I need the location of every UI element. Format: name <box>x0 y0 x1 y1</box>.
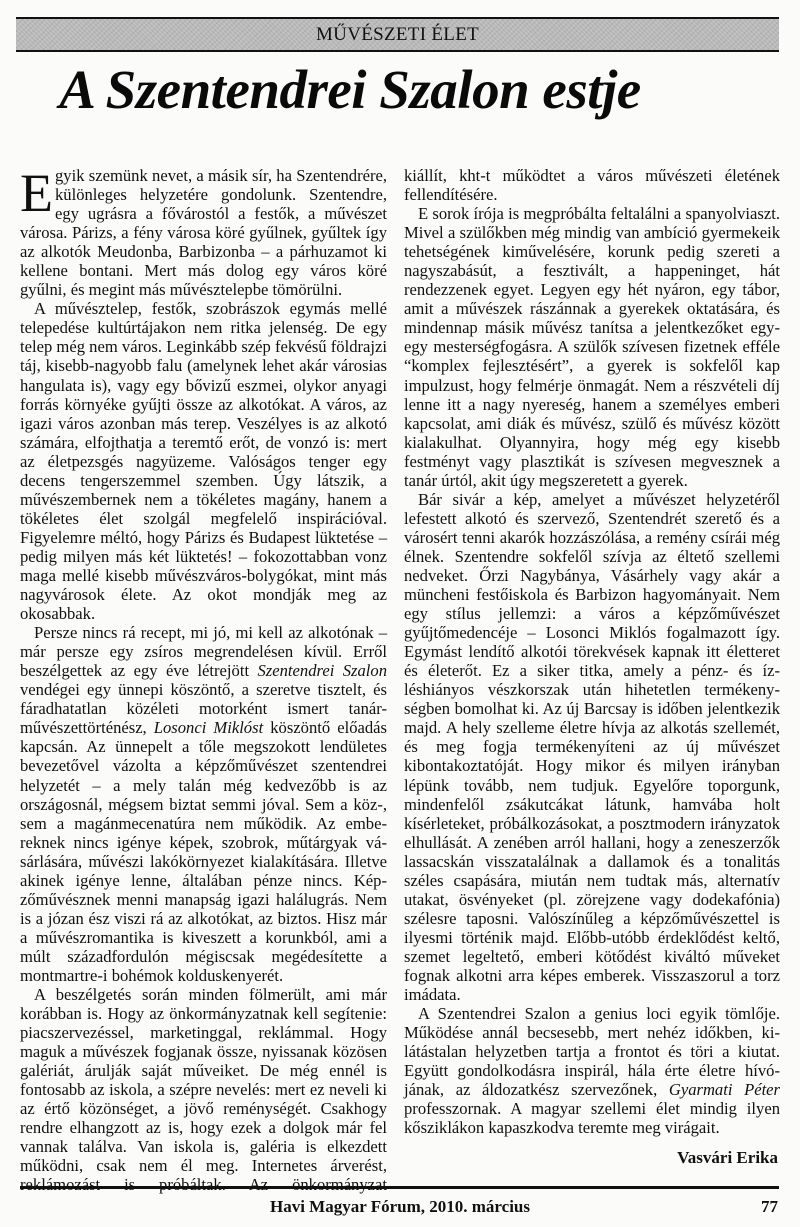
drop-cap: E <box>20 171 53 213</box>
paragraph: A beszélgetés során minden fölmerült, am… <box>20 985 387 1195</box>
emphasis-person-name: Gyarmati Péter <box>669 1080 780 1099</box>
paragraph: Persze nincs rá recept, mi jó, mi kell a… <box>20 623 387 985</box>
emphasis-person-name: Losonci Miklóst <box>154 718 263 737</box>
author-byline: Vasvári Erika <box>677 1148 778 1168</box>
paragraph: Bár sivár a kép, amelyet a művészet hely… <box>404 490 780 1004</box>
section-label: MŰVÉSZETI ÉLET <box>316 24 479 46</box>
paragraph-text: professzornak. A magyar szellemi élet mi… <box>404 1099 780 1137</box>
paragraph: kiállít, kht-t működtet a város művészet… <box>404 166 780 204</box>
footer-publication: Havi Magyar Fórum, 2010. március <box>0 1197 800 1217</box>
paragraph: A Szentendrei Szalon a genius loci egyik… <box>404 1004 780 1137</box>
paragraph: E sorok írója is megpróbálta feltalálni … <box>404 204 780 490</box>
paragraph: A művésztelep, festők, szobrászok egymás… <box>20 299 387 623</box>
right-column: kiállít, kht-t működtet a város művészet… <box>404 166 780 1137</box>
article-title: A Szentendrei Szalon estje <box>0 58 700 121</box>
left-column: Egyik szemünk nevet, a másik sír, ha Sze… <box>20 166 387 1195</box>
paragraph: Egyik szemünk nevet, a másik sír, ha Sze… <box>20 166 387 299</box>
emphasis-szalon-name: Szentendrei Szalon <box>258 661 388 680</box>
paragraph-text: gyik szemünk nevet, a másik sír, ha Szen… <box>20 166 387 299</box>
section-header-band: MŰVÉSZETI ÉLET <box>16 17 779 52</box>
footer-divider <box>20 1186 779 1189</box>
page-number: 77 <box>761 1197 778 1217</box>
paragraph-text: köszöntő elő­adás kapcsán. Az ünnepelt a… <box>20 718 387 985</box>
